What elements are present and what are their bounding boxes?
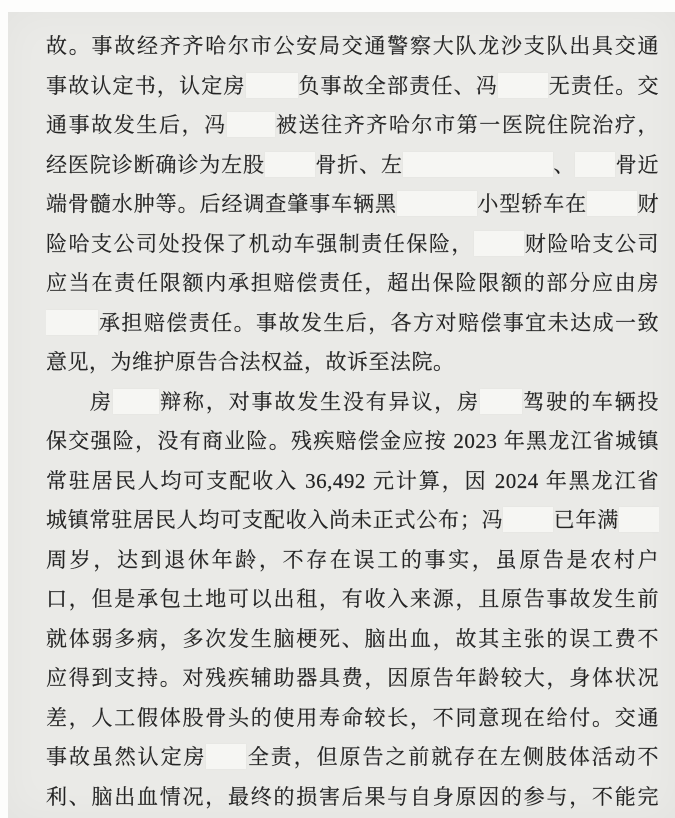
text-run: 险哈支公司处投保了机动车强制责任保险， (46, 232, 474, 256)
text-line: 事故虽然认定房全责，但原告之前就存在左侧肢体活动不 (46, 738, 659, 778)
text-run: 经医院诊断确诊为左股 (46, 153, 265, 177)
text-run: 就体弱多病，多次发生脑梗死、脑出血，故其主张的误工费不 (46, 627, 659, 651)
text-line: 经医院诊断确诊为左股骨折、左、骨近 (46, 146, 659, 186)
text-line: 周岁，达到退休年龄，不存在误工的事实，虽原告是农村户 (46, 541, 659, 581)
text-run: 财险哈支公司 (524, 232, 659, 256)
text-line: 端骨髓水肿等。后经调查肇事车辆黑小型轿车在财 (46, 185, 659, 225)
text-line: 利、脑出血情况，最终的损害后果与自身原因的参与，不能完 (46, 778, 659, 818)
text-line: 通事故发生后，冯被送往齐齐哈尔市第一医院住院治疗， (46, 106, 659, 146)
redaction-block (587, 191, 637, 216)
redaction-block (227, 112, 275, 137)
text-run: 口，但是承包土地可以出租，有收入来源，且原告事故发生前 (46, 587, 659, 611)
redaction-block (265, 152, 315, 177)
text-run: 财 (637, 192, 659, 216)
redaction-block (46, 310, 98, 335)
text-run: 骨折、左 (315, 153, 403, 177)
text-run: 常驻居民人均可支配收入 36,492 元计算，因 2024 年黑龙江省 (46, 469, 659, 493)
text-line: 事故认定书，认定房负事故全部责任、冯无责任。交 (46, 67, 659, 107)
text-line: 应得到支持。对残疾辅助器具费，因原告年龄较大，身体状况 (46, 659, 659, 699)
text-line: 城镇常驻居民人均可支配收入尚未正式公布；冯已年满 (46, 501, 659, 541)
text-run: 端骨髓水肿等。后经调查肇事车辆黑 (46, 192, 397, 216)
text-line: 口，但是承包土地可以出租，有收入来源，且原告事故发生前 (46, 580, 659, 620)
redaction-block (619, 507, 659, 532)
text-line: 差，人工假体股骨头的使用寿命较长，不同意现在给付。交通 (46, 699, 659, 739)
text-run: 保交强险，没有商业险。残疾赔偿金应按 2023 年黑龙江省城镇 (46, 429, 659, 453)
redaction-block (206, 744, 246, 769)
text-run: 差，人工假体股骨头的使用寿命较长，不同意现在给付。交通 (46, 706, 659, 730)
text-run: 已年满 (553, 508, 619, 532)
text-run: 驾驶的车辆投 (522, 390, 659, 414)
text-line: 房辩称，对事故发生没有异议，房驾驶的车辆投 (46, 383, 659, 423)
text-run: 应得到支持。对残疾辅助器具费，因原告年龄较大，身体状况 (46, 666, 659, 690)
text-run: 应当在责任限额内承担赔偿责任，超出保险限额的部分应由房 (46, 271, 659, 295)
text-lines: 故。事故经齐齐哈尔市公安局交通警察大队龙沙支队出具交通事故认定书，认定房负事故全… (8, 12, 675, 817)
redaction-block (503, 507, 553, 532)
text-line: 就体弱多病，多次发生脑梗死、脑出血，故其主张的误工费不 (46, 620, 659, 660)
redaction-block (113, 389, 159, 414)
document-page: 故。事故经齐齐哈尔市公安局交通警察大队龙沙支队出具交通事故认定书，认定房负事故全… (8, 12, 675, 818)
redaction-block (480, 389, 522, 414)
text-run: 城镇常驻居民人均可支配收入尚未正式公布；冯 (46, 508, 503, 532)
text-run: 通事故发生后，冯 (46, 113, 227, 137)
text-line: 意见，为维护原告合法权益，故诉至法院。 (46, 343, 659, 383)
text-run: 全责，但原告之前就存在左侧肢体活动不 (246, 745, 659, 769)
text-run: 骨近 (615, 153, 659, 177)
redaction-block (575, 152, 615, 177)
redaction-block (397, 191, 477, 216)
text-run: 、 (553, 153, 575, 177)
text-run: 辩称，对事故发生没有异议，房 (159, 390, 480, 414)
redaction-block (403, 152, 553, 177)
text-line: 常驻居民人均可支配收入 36,492 元计算，因 2024 年黑龙江省 (46, 462, 659, 502)
redaction-block (498, 73, 548, 98)
text-run: 意见，为维护原告合法权益，故诉至法院。 (46, 350, 455, 374)
text-run: 无责任。交 (548, 74, 659, 98)
text-line: 险哈支公司处投保了机动车强制责任保险，财险哈支公司 (46, 225, 659, 265)
text-run: 小型轿车在 (477, 192, 587, 216)
text-run: 事故虽然认定房 (46, 745, 206, 769)
text-line: 承担赔偿责任。事故发生后，各方对赔偿事宜未达成一致 (46, 304, 659, 344)
text-line: 应当在责任限额内承担赔偿责任，超出保险限额的部分应由房 (46, 264, 659, 304)
text-run: 事故认定书，认定房 (46, 74, 246, 98)
text-run: 故。事故经齐齐哈尔市公安局交通警察大队龙沙支队出具交通 (46, 34, 659, 58)
text-line: 故。事故经齐齐哈尔市公安局交通警察大队龙沙支队出具交通 (46, 27, 659, 67)
redaction-block (246, 73, 298, 98)
text-run: 负事故全部责任、冯 (298, 74, 498, 98)
text-run: 被送往齐齐哈尔市第一医院住院治疗， (275, 113, 659, 137)
text-run: 房 (90, 390, 113, 414)
text-run: 承担赔偿责任。事故发生后，各方对赔偿事宜未达成一致 (98, 311, 659, 335)
text-run: 周岁，达到退休年龄，不存在误工的事实，虽原告是农村户 (46, 548, 659, 572)
scanned-document-frame: 故。事故经齐齐哈尔市公安局交通警察大队龙沙支队出具交通事故认定书，认定房负事故全… (0, 0, 675, 818)
redaction-block (474, 231, 524, 256)
text-line: 保交强险，没有商业险。残疾赔偿金应按 2023 年黑龙江省城镇 (46, 422, 659, 462)
text-run: 利、脑出血情况，最终的损害后果与自身原因的参与，不能完 (46, 785, 659, 809)
